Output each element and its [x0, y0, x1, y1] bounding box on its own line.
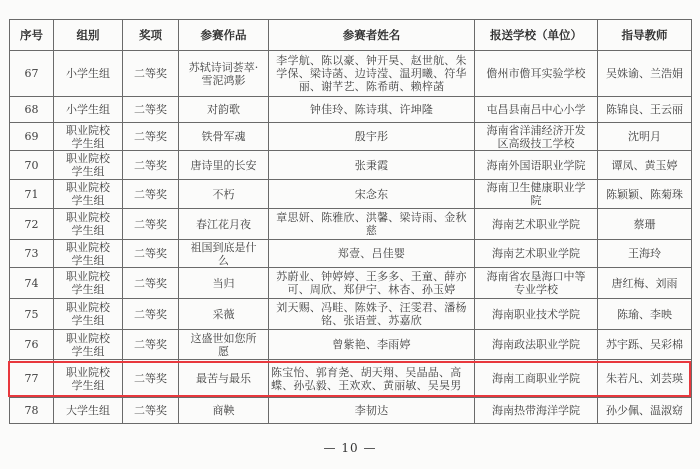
- cell-school: 海南职业技术学院: [475, 299, 598, 330]
- cell-work: 唐诗里的长安: [179, 151, 269, 180]
- cell-award: 二等奖: [123, 299, 179, 330]
- cell-award: 二等奖: [123, 209, 179, 240]
- cell-work: 最苦与最乐: [179, 360, 269, 398]
- cell-school: 海南政法职业学院: [475, 330, 598, 360]
- cell-no: 73: [10, 240, 54, 268]
- header-teacher: 指导教师: [598, 20, 692, 51]
- cell-no: 77: [10, 360, 54, 398]
- table-row-highlighted: 77 职业院校学生组 二等奖 最苦与最乐 陈宝怡、郭育尧、胡天翔、吴晶晶、高蝶、…: [10, 360, 692, 398]
- cell-no: 76: [10, 330, 54, 360]
- awards-table: 序号 组别 奖项 参赛作品 参赛者姓名 报送学校（单位） 指导教师 67 小学生…: [9, 19, 692, 424]
- cell-names: 苏蔚业、钟婷婷、王多多、王童、薛亦可、周欣、郑伊宁、林杏、孙玉婷: [269, 268, 475, 299]
- cell-school: 海南省洋浦经济开发区高级技工学校: [475, 123, 598, 151]
- cell-school: 海南艺术职业学院: [475, 209, 598, 240]
- table-row: 78 大学生组 二等奖 商鞅 李韧达 海南热带海洋学院 孙少佩、温淑窈: [10, 398, 692, 424]
- table-row: 73 职业院校学生组 二等奖 祖国到底是什么 郑壹、吕佳婴 海南艺术职业学院 王…: [10, 240, 692, 268]
- cell-work: 祖国到底是什么: [179, 240, 269, 268]
- cell-teacher: 吴姝谕、兰浩娟: [598, 51, 692, 97]
- cell-group: 职业院校学生组: [54, 360, 123, 398]
- cell-names: 郑壹、吕佳婴: [269, 240, 475, 268]
- cell-award: 二等奖: [123, 240, 179, 268]
- cell-work: 不朽: [179, 180, 269, 209]
- cell-no: 72: [10, 209, 54, 240]
- cell-teacher: 沈明月: [598, 123, 692, 151]
- cell-no: 70: [10, 151, 54, 180]
- cell-group: 职业院校学生组: [54, 330, 123, 360]
- cell-work: 采薇: [179, 299, 269, 330]
- cell-group: 职业院校学生组: [54, 151, 123, 180]
- cell-work: 商鞅: [179, 398, 269, 424]
- cell-no: 67: [10, 51, 54, 97]
- cell-group: 小学生组: [54, 97, 123, 123]
- cell-teacher: 蔡珊: [598, 209, 692, 240]
- cell-no: 71: [10, 180, 54, 209]
- cell-names: 陈宝怡、郭育尧、胡天翔、吴晶晶、高蝶、孙弘毅、王欢欢、黄丽敏、吴昊男: [269, 360, 475, 398]
- cell-no: 69: [10, 123, 54, 151]
- header-work: 参赛作品: [179, 20, 269, 51]
- table-row: 76 职业院校学生组 二等奖 这盛世如您所愿 曾紫艳、李雨婷 海南政法职业学院 …: [10, 330, 692, 360]
- cell-teacher: 陈瑜、李映: [598, 299, 692, 330]
- cell-award: 二等奖: [123, 330, 179, 360]
- header-award: 奖项: [123, 20, 179, 51]
- header-names: 参赛者姓名: [269, 20, 475, 51]
- header-no: 序号: [10, 20, 54, 51]
- cell-teacher: 谭凤、黄玉婷: [598, 151, 692, 180]
- table-row: 68 小学生组 二等奖 对韵歌 钟佳玲、陈诗琪、许坤隆 屯昌县南吕中心小学 陈锦…: [10, 97, 692, 123]
- cell-names: 钟佳玲、陈诗琪、许坤隆: [269, 97, 475, 123]
- cell-work: 春江花月夜: [179, 209, 269, 240]
- cell-no: 68: [10, 97, 54, 123]
- cell-teacher: 陈锦良、王云丽: [598, 97, 692, 123]
- cell-work: 这盛世如您所愿: [179, 330, 269, 360]
- table-row: 69 职业院校学生组 二等奖 铁骨军魂 殷宇彤 海南省洋浦经济开发区高级技工学校…: [10, 123, 692, 151]
- cell-names: 李学航、陈以豪、钟开昊、赵世航、朱学保、梁诗菡、边诗滢、温玥曦、符华丽、谢芊艺、…: [269, 51, 475, 97]
- cell-group: 职业院校学生组: [54, 240, 123, 268]
- cell-names: 章思妍、陈雅欣、洪馨、梁诗雨、金秋慈: [269, 209, 475, 240]
- cell-work: 铁骨军魂: [179, 123, 269, 151]
- cell-school: 海南艺术职业学院: [475, 240, 598, 268]
- cell-award: 二等奖: [123, 268, 179, 299]
- table-row: 74 职业院校学生组 二等奖 当归 苏蔚业、钟婷婷、王多多、王童、薛亦可、周欣、…: [10, 268, 692, 299]
- header-school: 报送学校（单位）: [475, 20, 598, 51]
- cell-award: 二等奖: [123, 398, 179, 424]
- cell-award: 二等奖: [123, 360, 179, 398]
- cell-no: 75: [10, 299, 54, 330]
- cell-award: 二等奖: [123, 151, 179, 180]
- cell-names: 曾紫艳、李雨婷: [269, 330, 475, 360]
- cell-school: 海南外国语职业学院: [475, 151, 598, 180]
- cell-teacher: 唐红梅、刘雨: [598, 268, 692, 299]
- cell-teacher: 王海玲: [598, 240, 692, 268]
- table-row: 75 职业院校学生组 二等奖 采薇 刘天赐、冯畦、陈姝予、汪雯君、潘杨铭、张语萱…: [10, 299, 692, 330]
- cell-school: 海南省农垦海口中等专业学校: [475, 268, 598, 299]
- cell-award: 二等奖: [123, 180, 179, 209]
- cell-award: 二等奖: [123, 97, 179, 123]
- cell-names: 宋念东: [269, 180, 475, 209]
- cell-names: 张秉霞: [269, 151, 475, 180]
- cell-award: 二等奖: [123, 123, 179, 151]
- header-group: 组别: [54, 20, 123, 51]
- cell-teacher: 朱若凡、刘芸瑛: [598, 360, 692, 398]
- cell-teacher: 孙少佩、温淑窈: [598, 398, 692, 424]
- cell-names: 李韧达: [269, 398, 475, 424]
- cell-group: 职业院校学生组: [54, 299, 123, 330]
- cell-group: 小学生组: [54, 51, 123, 97]
- page-number: — 10 —: [0, 441, 700, 455]
- cell-teacher: 苏宇跞、吴彩棉: [598, 330, 692, 360]
- cell-group: 职业院校学生组: [54, 180, 123, 209]
- cell-names: 殷宇彤: [269, 123, 475, 151]
- cell-work: 苏轼诗词荟萃·雪泥鸿影: [179, 51, 269, 97]
- cell-group: 职业院校学生组: [54, 209, 123, 240]
- cell-teacher: 陈颖颖、陈菊珠: [598, 180, 692, 209]
- table-row: 67 小学生组 二等奖 苏轼诗词荟萃·雪泥鸿影 李学航、陈以豪、钟开昊、赵世航、…: [10, 51, 692, 97]
- cell-school: 海南工商职业学院: [475, 360, 598, 398]
- cell-award: 二等奖: [123, 51, 179, 97]
- table-row: 70 职业院校学生组 二等奖 唐诗里的长安 张秉霞 海南外国语职业学院 谭凤、黄…: [10, 151, 692, 180]
- document-page: 序号 组别 奖项 参赛作品 参赛者姓名 报送学校（单位） 指导教师 67 小学生…: [0, 0, 700, 469]
- cell-school: 海南卫生健康职业学院: [475, 180, 598, 209]
- cell-work: 对韵歌: [179, 97, 269, 123]
- cell-no: 74: [10, 268, 54, 299]
- table-header-row: 序号 组别 奖项 参赛作品 参赛者姓名 报送学校（单位） 指导教师: [10, 20, 692, 51]
- cell-no: 78: [10, 398, 54, 424]
- cell-group: 职业院校学生组: [54, 268, 123, 299]
- cell-group: 大学生组: [54, 398, 123, 424]
- cell-school: 屯昌县南吕中心小学: [475, 97, 598, 123]
- cell-school: 海南热带海洋学院: [475, 398, 598, 424]
- table-row: 71 职业院校学生组 二等奖 不朽 宋念东 海南卫生健康职业学院 陈颖颖、陈菊珠: [10, 180, 692, 209]
- cell-names: 刘天赐、冯畦、陈姝予、汪雯君、潘杨铭、张语萱、苏嘉欣: [269, 299, 475, 330]
- cell-school: 儋州市儋耳实验学校: [475, 51, 598, 97]
- table-row: 72 职业院校学生组 二等奖 春江花月夜 章思妍、陈雅欣、洪馨、梁诗雨、金秋慈 …: [10, 209, 692, 240]
- cell-group: 职业院校学生组: [54, 123, 123, 151]
- cell-work: 当归: [179, 268, 269, 299]
